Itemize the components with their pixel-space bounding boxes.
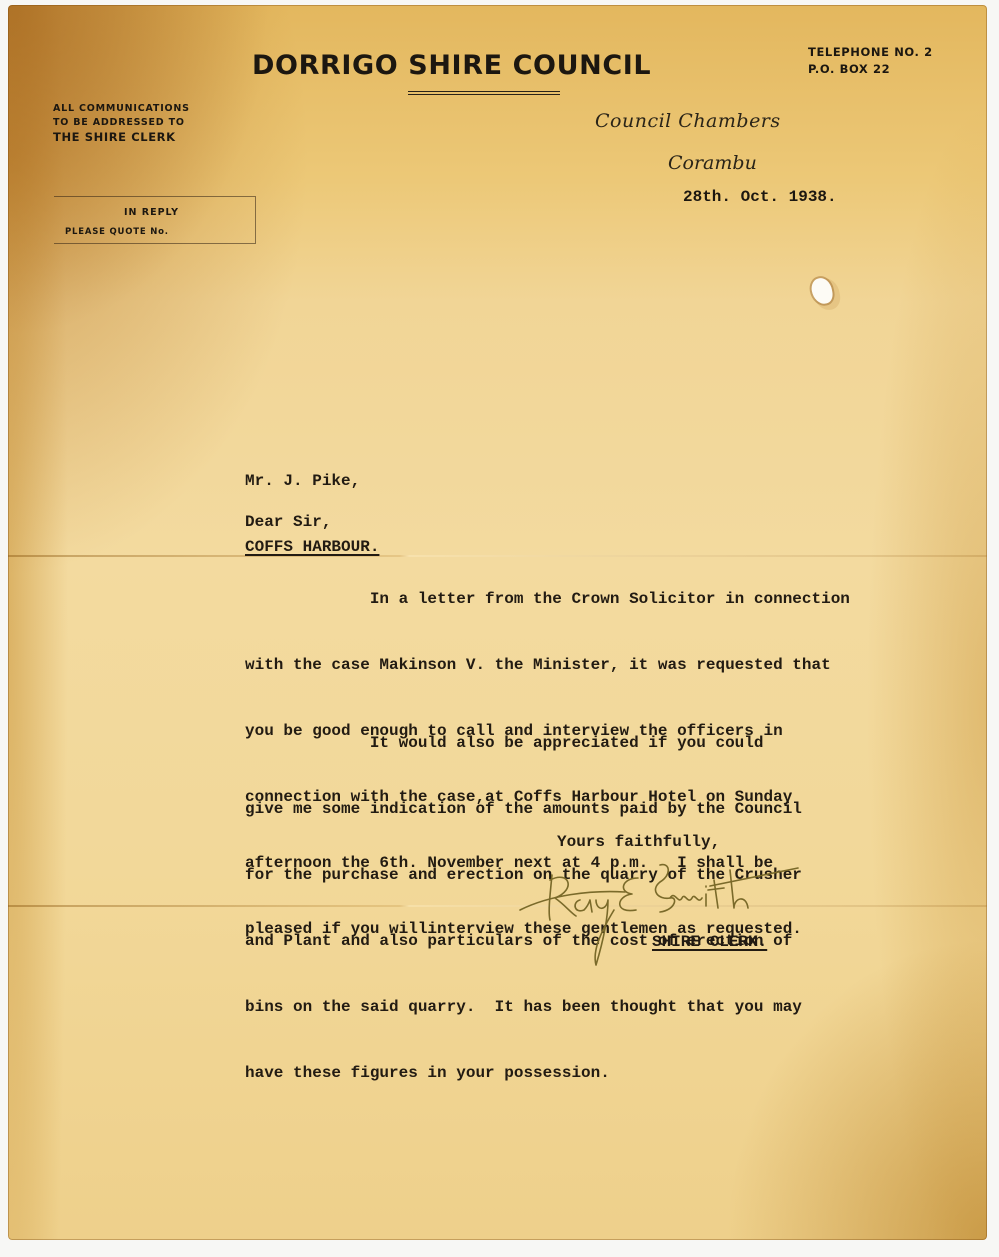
body-line: bins on the said quarry. It has been tho… [245,996,802,1018]
communications-line: THE SHIRE CLERK [53,130,190,144]
communications-notice: ALL COMMUNICATIONS TO BE ADDRESSED TO TH… [53,102,190,144]
recipient-name: Mr. J. Pike, [245,470,379,492]
body-line: In a letter from the Crown Solicitor in … [245,588,850,610]
place-script: Corambu [668,152,757,174]
letterhead-title: DORRIGO SHIRE COUNCIL [252,50,730,81]
telephone-number: TELEPHONE NO. 2 [808,44,933,61]
body-line: with the case Makinson V. the Minister, … [245,654,850,676]
letterhead-contact: TELEPHONE NO. 2 P.O. BOX 22 [808,44,933,78]
letter-date: 28th. Oct. 1938. [683,188,837,206]
reply-reference-box: IN REPLY PLEASE QUOTE No. [54,196,256,244]
letterhead-double-rule [408,91,560,95]
communications-line: TO BE ADDRESSED TO [53,116,190,130]
po-box: P.O. BOX 22 [808,61,933,78]
communications-line: ALL COMMUNICATIONS [53,102,190,116]
body-line: It would also be appreciated if you coul… [245,732,802,754]
reply-label: IN REPLY [124,207,179,218]
body-line: give me some indication of the amounts p… [245,798,802,820]
salutation: Dear Sir, [245,511,331,533]
quote-number-label: PLEASE QUOTE No. [65,227,169,237]
body-line: have these figures in your possession. [245,1062,802,1084]
council-chambers-script: Council Chambers [595,110,781,132]
signatory-title: SHIRE CLERK. [652,931,767,953]
